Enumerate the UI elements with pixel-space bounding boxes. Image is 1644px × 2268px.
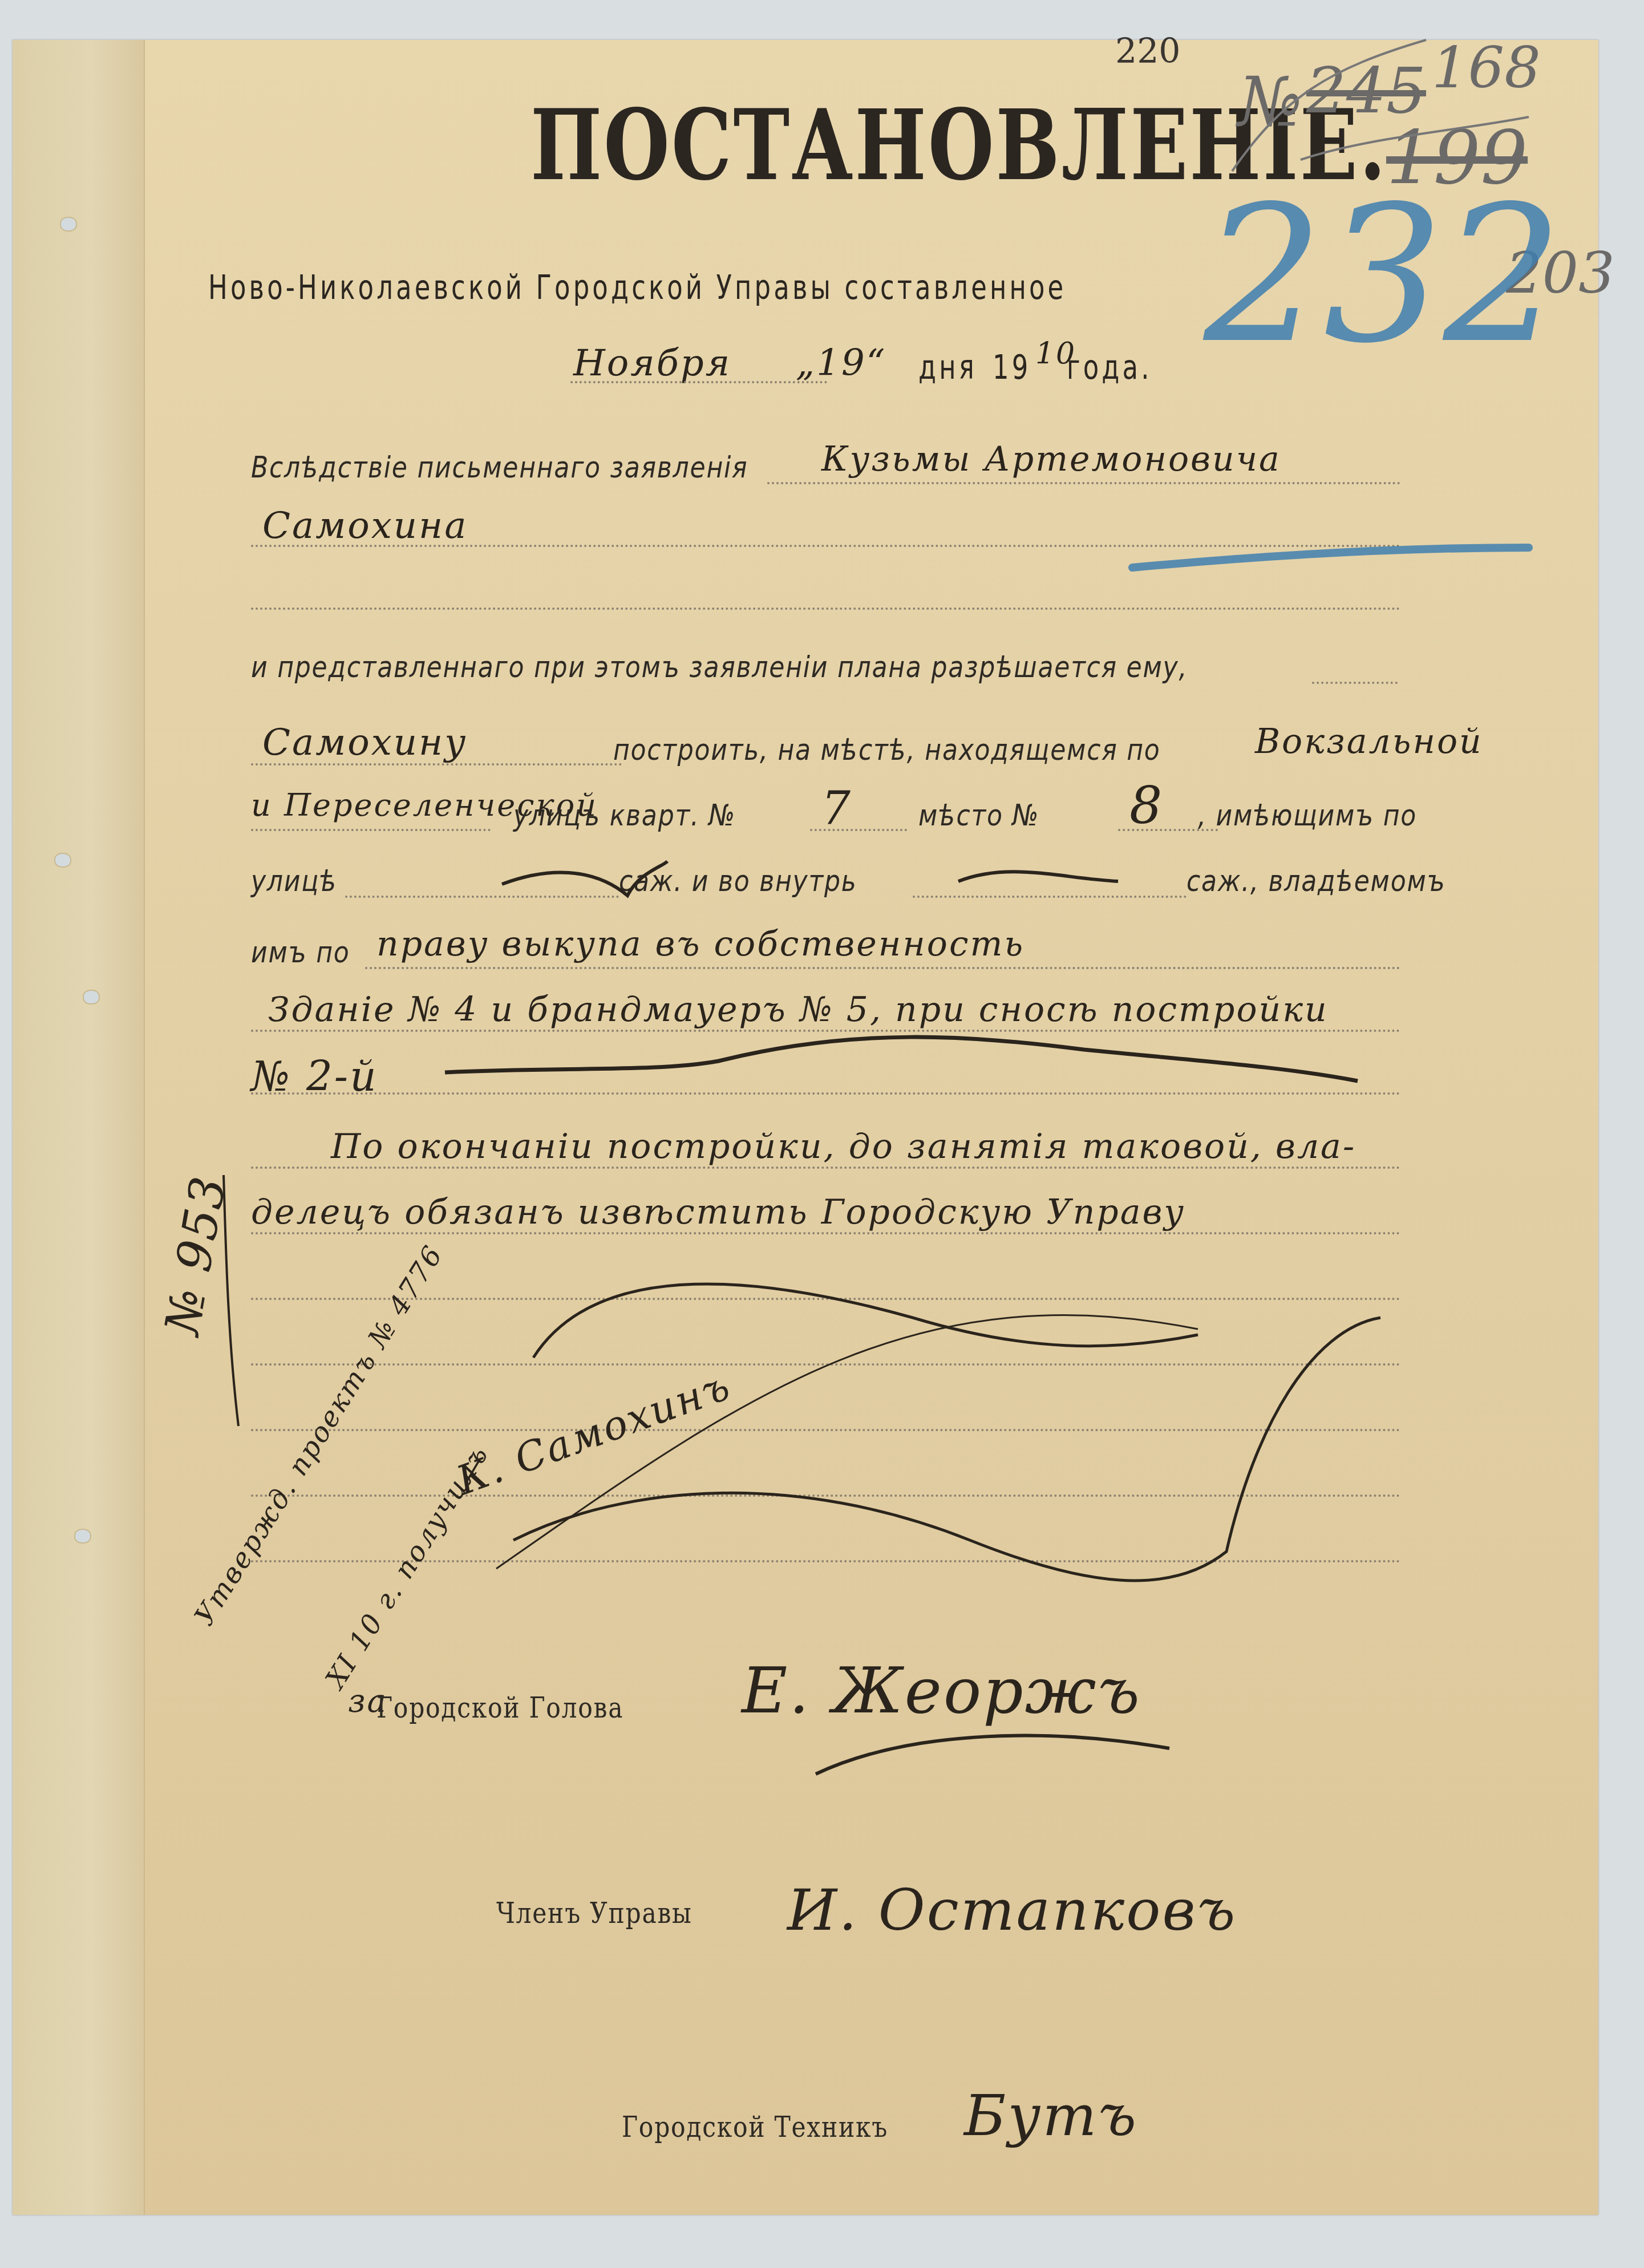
ink-strokes — [0, 0, 1644, 2268]
